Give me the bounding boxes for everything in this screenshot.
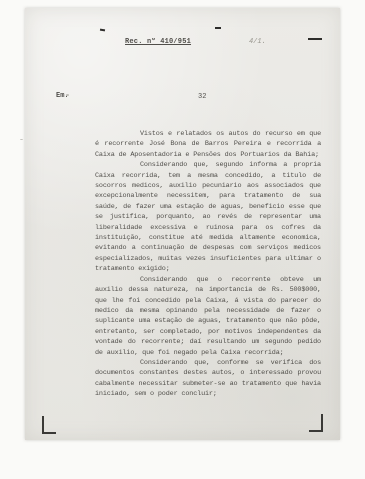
paragraph-considerando-2: Considerando que o recorrente obteve um … <box>95 275 321 358</box>
crop-mark-bottom-left-icon <box>42 416 56 434</box>
scan-speck <box>66 94 69 96</box>
paragraph-considerando-1: Considerando que, segundo informa a prop… <box>95 160 321 274</box>
document-header: Rec. nº 410/951 4/1. <box>25 38 340 50</box>
crop-mark-top-center-icon <box>215 27 221 29</box>
pencil-annotation: 4/1. <box>249 38 266 46</box>
case-number: Rec. nº 410/951 <box>125 38 191 46</box>
paper-sheet: Rec. nº 410/951 4/1. Em. 32 Vistos e rel… <box>25 8 340 440</box>
crop-mark-top-right-icon <box>308 38 322 40</box>
body-text: Vistos e relatados os autos do recurso e… <box>95 129 321 400</box>
page-number: 32 <box>198 93 206 101</box>
scan-speck <box>20 139 23 140</box>
paragraph-considerando-3: Considerando que, conforme se verifica d… <box>95 358 321 400</box>
scanned-page-photo: Rec. nº 410/951 4/1. Em. 32 Vistos e rel… <box>0 0 365 479</box>
paragraph-vistos: Vistos e relatados os autos do recurso e… <box>95 129 321 160</box>
crop-mark-bottom-right-icon <box>309 414 323 432</box>
